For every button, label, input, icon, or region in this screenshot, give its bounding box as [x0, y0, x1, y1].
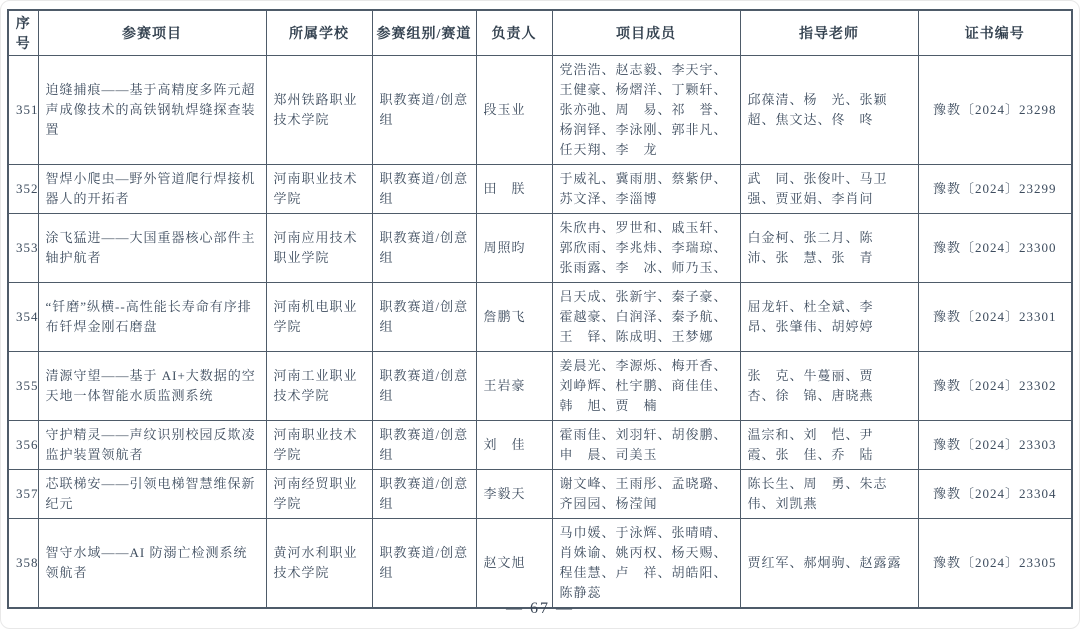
- cell-members: 吕天成、张新宇、秦子豪、霍越豪、白润泽、秦予航、王 铎、陈成明、王梦娜: [552, 283, 740, 352]
- cell-track: 职教赛道/创意组: [372, 283, 476, 352]
- cell-school: 河南经贸职业学院: [266, 470, 372, 519]
- cell-track: 职教赛道/创意组: [372, 214, 476, 283]
- cell-members: 姜晨光、李源烁、梅开香、刘峥辉、杜宇鹏、商佳佳、韩 旭、贾 楠: [552, 352, 740, 421]
- table-row: 353 涂飞猛进——大国重器核心部件主轴护航者 河南应用技术职业学院 职教赛道/…: [8, 214, 1072, 283]
- cell-project-title: 智焊小爬虫—野外管道爬行焊接机器人的开拓者: [38, 165, 266, 214]
- cell-serial-number: 356: [8, 421, 38, 470]
- header-school: 所属学校: [266, 10, 372, 56]
- cell-school: 河南职业技术学院: [266, 421, 372, 470]
- cell-advisors: 武 同、张俊叶、马卫强、贾亚娟、李肖问: [740, 165, 918, 214]
- cell-school: 河南应用技术职业学院: [266, 214, 372, 283]
- cell-leader: 刘 佳: [476, 421, 552, 470]
- cell-leader: 李毅天: [476, 470, 552, 519]
- cell-school: 郑州铁路职业技术学院: [266, 56, 372, 165]
- cell-track: 职教赛道/创意组: [372, 352, 476, 421]
- cell-leader: 王岩豪: [476, 352, 552, 421]
- cell-project-title: “钎磨”纵横--高性能长寿命有序排布钎焊金刚石磨盘: [38, 283, 266, 352]
- header-members: 项目成员: [552, 10, 740, 56]
- table-row: 352 智焊小爬虫—野外管道爬行焊接机器人的开拓者 河南职业技术学院 职教赛道/…: [8, 165, 1072, 214]
- cell-leader: 周照昀: [476, 214, 552, 283]
- cell-project-title: 清源守望——基于 AI+大数据的空天地一体智能水质监测系统: [38, 352, 266, 421]
- cell-serial-number: 351: [8, 56, 38, 165]
- cell-members: 朱欣冉、罗世和、戚玉轩、郭欣雨、李兆炜、李瑞琼、张雨露、李 冰、师乃玉、: [552, 214, 740, 283]
- table-row: 355 清源守望——基于 AI+大数据的空天地一体智能水质监测系统 河南工业职业…: [8, 352, 1072, 421]
- cell-advisors: 白金柯、张二月、陈 沛、张 慧、张 青: [740, 214, 918, 283]
- cell-certificate-no: 豫教〔2024〕23301: [918, 283, 1072, 352]
- cell-certificate-no: 豫教〔2024〕23300: [918, 214, 1072, 283]
- header-project: 参赛项目: [38, 10, 266, 56]
- table-row: 358 智守水域——AI 防溺亡检测系统领航者 黄河水利职业技术学院 职教赛道/…: [8, 519, 1072, 609]
- cell-leader: 田 朕: [476, 165, 552, 214]
- table-body: 351 迫缝捕痕——基于高精度多阵元超声成像技术的高铁钢轨焊缝探查装置 郑州铁路…: [8, 56, 1072, 609]
- cell-track: 职教赛道/创意组: [372, 165, 476, 214]
- cell-school: 黄河水利职业技术学院: [266, 519, 372, 609]
- document-page: 序号 参赛项目 所属学校 参赛组别/赛道 负责人 项目成员 指导老师 证书编号 …: [0, 0, 1080, 629]
- cell-certificate-no: 豫教〔2024〕23305: [918, 519, 1072, 609]
- cell-certificate-no: 豫教〔2024〕23298: [918, 56, 1072, 165]
- cell-members: 于威礼、冀雨朋、蔡紫伊、苏文泽、李淄博: [552, 165, 740, 214]
- cell-track: 职教赛道/创意组: [372, 56, 476, 165]
- cell-members: 马巾媛、于泳辉、张晴晴、肖姝谕、姚丙权、杨天赐、程佳慧、卢 祥、胡皓阳、陈静蕊: [552, 519, 740, 609]
- cell-advisors: 贾红军、郝炯驹、赵露露: [740, 519, 918, 609]
- cell-leader: 赵文旭: [476, 519, 552, 609]
- cell-serial-number: 354: [8, 283, 38, 352]
- cell-track: 职教赛道/创意组: [372, 470, 476, 519]
- header-advisors: 指导老师: [740, 10, 918, 56]
- cell-certificate-no: 豫教〔2024〕23304: [918, 470, 1072, 519]
- cell-school: 河南机电职业学院: [266, 283, 372, 352]
- header-row: 序号 参赛项目 所属学校 参赛组别/赛道 负责人 项目成员 指导老师 证书编号: [8, 10, 1072, 56]
- table-row: 351 迫缝捕痕——基于高精度多阵元超声成像技术的高铁钢轨焊缝探查装置 郑州铁路…: [8, 56, 1072, 165]
- header-track: 参赛组别/赛道: [372, 10, 476, 56]
- cell-advisors: 屈龙轩、杜全斌、李 昂、张肇伟、胡婷婷: [740, 283, 918, 352]
- table-row: 356 守护精灵——声纹识别校园反欺凌监护装置领航者 河南职业技术学院 职教赛道…: [8, 421, 1072, 470]
- cell-certificate-no: 豫教〔2024〕23299: [918, 165, 1072, 214]
- cell-project-title: 芯联梯安——引领电梯智慧维保新纪元: [38, 470, 266, 519]
- header-no: 序号: [8, 10, 38, 56]
- cell-certificate-no: 豫教〔2024〕23302: [918, 352, 1072, 421]
- page-number: — 67 —: [1, 600, 1079, 618]
- cell-school: 河南工业职业技术学院: [266, 352, 372, 421]
- table-header: 序号 参赛项目 所属学校 参赛组别/赛道 负责人 项目成员 指导老师 证书编号: [8, 10, 1072, 56]
- cell-advisors: 温宗和、刘 恺、尹 霞、张 佳、乔 陆: [740, 421, 918, 470]
- cell-advisors: 陈长生、周 勇、朱志伟、刘凯燕: [740, 470, 918, 519]
- cell-advisors: 张 克、牛蔓丽、贾 杏、徐 锦、唐晓燕: [740, 352, 918, 421]
- cell-leader: 詹鹏飞: [476, 283, 552, 352]
- table-row: 357 芯联梯安——引领电梯智慧维保新纪元 河南经贸职业学院 职教赛道/创意组 …: [8, 470, 1072, 519]
- cell-leader: 段玉业: [476, 56, 552, 165]
- cell-project-title: 涂飞猛进——大国重器核心部件主轴护航者: [38, 214, 266, 283]
- cell-members: 党浩浩、赵志毅、李天宇、王健豪、杨熠洋、丁颗轩、张亦弛、周 易、祁 誉、杨润铎、…: [552, 56, 740, 165]
- cell-members: 霍雨佳、刘羽轩、胡俊鹏、申 晨、司美玉: [552, 421, 740, 470]
- header-cert: 证书编号: [918, 10, 1072, 56]
- cell-project-title: 迫缝捕痕——基于高精度多阵元超声成像技术的高铁钢轨焊缝探查装置: [38, 56, 266, 165]
- cell-track: 职教赛道/创意组: [372, 421, 476, 470]
- cell-serial-number: 355: [8, 352, 38, 421]
- cell-serial-number: 353: [8, 214, 38, 283]
- cell-members: 谢文峰、王雨彤、孟晓璐、齐园园、杨滢闻: [552, 470, 740, 519]
- header-leader: 负责人: [476, 10, 552, 56]
- cell-school: 河南职业技术学院: [266, 165, 372, 214]
- cell-advisors: 邱葆清、杨 光、张颖超、焦文达、佟 咚: [740, 56, 918, 165]
- table-row: 354 “钎磨”纵横--高性能长寿命有序排布钎焊金刚石磨盘 河南机电职业学院 职…: [8, 283, 1072, 352]
- cell-project-title: 守护精灵——声纹识别校园反欺凌监护装置领航者: [38, 421, 266, 470]
- award-table: 序号 参赛项目 所属学校 参赛组别/赛道 负责人 项目成员 指导老师 证书编号 …: [7, 9, 1073, 609]
- cell-serial-number: 358: [8, 519, 38, 609]
- cell-project-title: 智守水域——AI 防溺亡检测系统领航者: [38, 519, 266, 609]
- cell-track: 职教赛道/创意组: [372, 519, 476, 609]
- cell-serial-number: 352: [8, 165, 38, 214]
- cell-serial-number: 357: [8, 470, 38, 519]
- cell-certificate-no: 豫教〔2024〕23303: [918, 421, 1072, 470]
